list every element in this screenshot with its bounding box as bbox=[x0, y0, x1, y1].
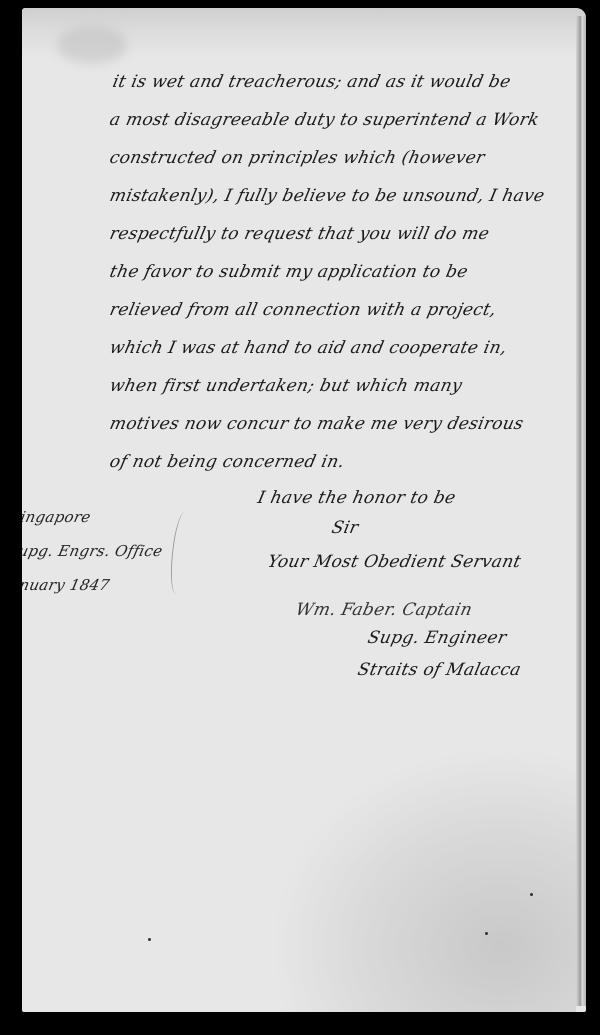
body-line: it is wet and treacherous; and as it wou… bbox=[111, 72, 513, 92]
scan-border-left bbox=[0, 0, 22, 1035]
water-stain-blob bbox=[57, 26, 127, 64]
body-line: relieved from all connection with a proj… bbox=[108, 300, 498, 320]
body-line: when first undertaken; but which many bbox=[108, 376, 464, 396]
body-line: of not being concerned in. bbox=[108, 452, 347, 472]
signature-place: Straits of Malacca bbox=[356, 660, 523, 680]
body-line: a most disagreeable duty to superintend … bbox=[108, 110, 541, 130]
closing-servant: Your Most Obedient Servant bbox=[266, 552, 523, 572]
paper-speck bbox=[485, 932, 488, 935]
scan-border-bottom bbox=[0, 1012, 600, 1035]
paper-speck bbox=[530, 893, 533, 896]
water-stain-bottom-right bbox=[276, 752, 576, 1012]
body-line: mistakenly), I fully believe to be unsou… bbox=[108, 186, 547, 206]
body-line: motives now concur to make me very desir… bbox=[108, 414, 525, 434]
closing-salutation: Sir bbox=[330, 518, 360, 538]
body-line: respectfully to request that you will do… bbox=[108, 224, 491, 244]
margin-office: Supg. Engrs. Office bbox=[6, 542, 164, 560]
body-line: constructed on principles which (however bbox=[108, 148, 487, 168]
paper-speck bbox=[148, 938, 151, 941]
body-line: which I was at hand to aid and cooperate… bbox=[108, 338, 509, 358]
body-line: the favor to submit my application to be bbox=[108, 262, 470, 282]
closing-honor: I have the honor to be bbox=[256, 488, 458, 508]
signature-name: Wm. Faber. Captain bbox=[294, 600, 474, 620]
signature-title: Supg. Engineer bbox=[366, 628, 509, 648]
